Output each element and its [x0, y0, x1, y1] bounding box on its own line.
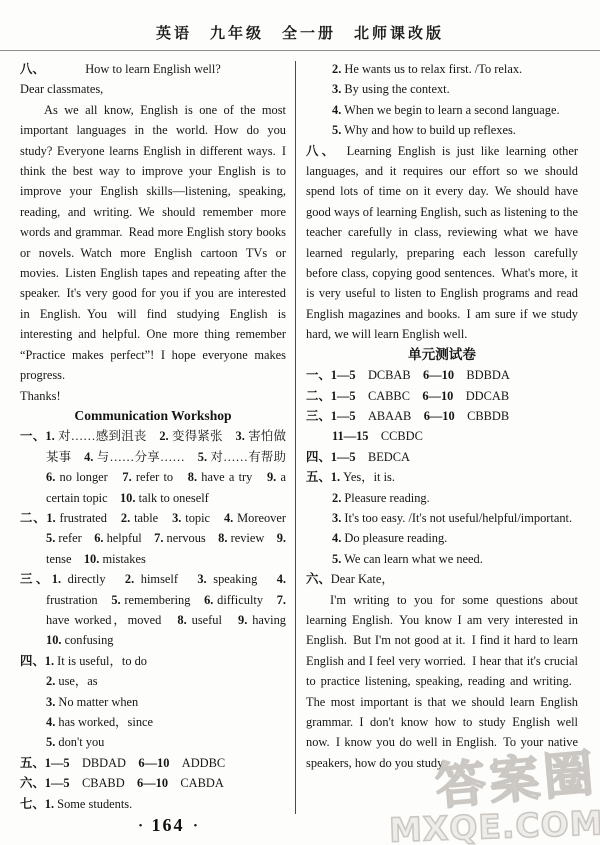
text-segment: Dear classmates, — [20, 82, 103, 96]
page-number-bullet-right: • — [194, 820, 198, 832]
text-segment: 10. — [46, 633, 62, 647]
text-segment: have worked，moved — [46, 613, 177, 627]
text-segment: 6—10 — [138, 756, 169, 770]
text-segment: 二、1—5 — [306, 389, 356, 403]
text-segment: 4. — [46, 715, 55, 729]
text-segment: use，as — [55, 674, 97, 688]
text-segment: By using the context. — [341, 82, 449, 96]
text-segment: 2. — [332, 491, 341, 505]
text-segment: Yes，it is. — [340, 470, 395, 484]
text-block-sub: 3. No matter when — [20, 692, 286, 712]
text-segment: 11—15 — [332, 429, 369, 443]
text-block-center: 单元测试卷 — [306, 345, 578, 365]
text-segment: tense — [46, 552, 84, 566]
text-segment: Thanks! — [20, 389, 61, 403]
text-segment: 2. — [46, 674, 55, 688]
text-block-sub: 5. don't you — [20, 732, 286, 752]
text-segment: 10. — [120, 491, 136, 505]
text-segment: CBABD — [70, 776, 137, 790]
text-segment: ABAAB — [356, 409, 424, 423]
text-segment: table — [130, 511, 172, 525]
text-segment: 4. — [332, 531, 341, 545]
text-segment: BEDCA — [356, 450, 410, 464]
text-segment: review — [227, 531, 276, 545]
text-segment: As we all know, English is one of the mo… — [20, 103, 286, 382]
text-segment: 6. — [204, 593, 213, 607]
text-segment: 六、 — [306, 572, 331, 586]
text-block-hang: 三、1—5 ABAAB 6—10 CBBDB — [306, 406, 578, 426]
text-segment: CCBDC — [369, 429, 423, 443]
text-segment: 六、1—5 — [20, 776, 70, 790]
text-segment: 3. — [197, 572, 206, 586]
text-segment: 2. — [125, 572, 134, 586]
text-segment: 7. — [122, 470, 131, 484]
text-segment: CABDA — [168, 776, 224, 790]
text-segment: 5. — [332, 123, 341, 137]
section-marker: 八、 — [20, 59, 45, 79]
text-block-sub: 11—15 CCBDC — [306, 426, 578, 446]
text-segment: 对……有帮助 — [207, 450, 298, 464]
text-segment: has worked，since — [55, 715, 153, 729]
page-header: 英语 九年级 全一册 北师课改版 — [0, 0, 600, 51]
text-block-hang: 一、1. 对……感到沮丧 2. 变得紧张 3. 害怕做某事 4. 与……分享……… — [20, 426, 286, 508]
text-block-sub: 2. use，as — [20, 671, 286, 691]
text-segment: 3. — [236, 429, 245, 443]
text-segment: 6. — [94, 531, 103, 545]
column-divider — [295, 61, 296, 814]
text-segment: confusing — [62, 633, 114, 647]
text-segment: 七、1. — [20, 797, 54, 811]
text-segment: refer — [55, 531, 94, 545]
text-segment: talk to oneself — [135, 491, 208, 505]
text-segment: 2. — [159, 429, 168, 443]
text-segment: 三、1. — [20, 572, 61, 586]
text-segment: 单元测试卷 — [408, 347, 476, 362]
text-segment: speaking — [207, 572, 277, 586]
text-segment: 7. — [277, 593, 286, 607]
text-segment: 3. — [332, 511, 341, 525]
text-segment: 10. — [84, 552, 100, 566]
text-segment: 6—10 — [423, 368, 454, 382]
text-block-hang: 五、1. Yes，it is. — [306, 467, 578, 487]
text-segment: CABBC — [356, 389, 423, 403]
text-segment: 5. — [46, 735, 55, 749]
text-block-sub: 2. He wants us to relax first. /To relax… — [306, 59, 578, 79]
text-block-hang: 六、Dear Kate， — [306, 569, 578, 589]
text-segment: When we begin to learn a second language… — [341, 103, 559, 117]
text-segment: 一、1—5 — [306, 368, 356, 382]
text-segment: 8. — [177, 613, 186, 627]
text-segment: himself — [134, 572, 197, 586]
text-segment: 9. — [277, 531, 286, 545]
text-block-para: As we all know, English is one of the mo… — [20, 100, 286, 386]
text-segment: frustrated — [56, 511, 121, 525]
text-block-hang: 六、1—5 CBABD 6—10 CABDA — [20, 773, 286, 793]
text-segment: 五、1. — [306, 470, 340, 484]
text-segment: 5. — [332, 552, 341, 566]
text-segment: CBBDB — [455, 409, 509, 423]
text-segment: 4. — [332, 103, 341, 117]
text-segment: I'm writing to you for some questions ab… — [306, 593, 578, 770]
text-segment: Communication Workshop — [74, 408, 231, 423]
text-segment: 变得紧张 — [169, 429, 236, 443]
text-segment: 6. — [46, 470, 55, 484]
text-segment: don't you — [55, 735, 104, 749]
text-segment: no longer — [55, 470, 122, 484]
page-number: 164 — [152, 815, 185, 836]
text-segment: ADDBC — [169, 756, 225, 770]
text-block-sub: 4. has worked，since — [20, 712, 286, 732]
text-segment: 8. — [188, 470, 197, 484]
text-segment: frustration — [46, 593, 111, 607]
text-block-hang: 四、1—5 BEDCA — [306, 447, 578, 467]
text-block-line: Thanks! — [20, 386, 286, 406]
scanned-answer-page: 英语 九年级 全一册 北师课改版 八、How to learn English … — [0, 0, 600, 845]
text-segment: 四、1—5 — [306, 450, 356, 464]
text-block-center: Communication Workshop — [20, 406, 286, 426]
text-block-para: I'm writing to you for some questions ab… — [306, 590, 578, 774]
text-segment: 6—10 — [137, 776, 168, 790]
text-segment: nervous — [163, 531, 218, 545]
text-segment: Some students. — [54, 797, 132, 811]
text-segment: Pleasure reading. — [341, 491, 429, 505]
text-segment: DBDAD — [70, 756, 139, 770]
text-segment: 一、1. — [20, 429, 55, 443]
text-segment: 八、 — [306, 144, 331, 158]
text-segment: have a try — [197, 470, 267, 484]
text-segment: 四、1. — [20, 654, 54, 668]
text-segment: How to learn English well? — [85, 62, 221, 76]
text-segment: useful — [187, 613, 238, 627]
text-segment: DCBAB — [356, 368, 423, 382]
text-block-hang: 二、1—5 CABBC 6—10 DDCAB — [306, 386, 578, 406]
text-block-sub: 4. When we begin to learn a second langu… — [306, 100, 578, 120]
text-segment: 9. — [238, 613, 247, 627]
right-column: 2. He wants us to relax first. /To relax… — [306, 59, 578, 814]
text-block-sub: 4. Do pleasure reading. — [306, 528, 578, 548]
text-segment: 2. — [332, 62, 341, 76]
text-segment: Dear Kate， — [331, 572, 394, 586]
text-segment: difficulty — [213, 593, 276, 607]
text-segment: helpful — [104, 531, 155, 545]
text-segment: 3. — [332, 82, 341, 96]
text-segment: 6—10 — [424, 409, 455, 423]
text-block-line: Dear classmates, — [20, 79, 286, 99]
text-segment: remembering — [121, 593, 204, 607]
text-block-title: 八、How to learn English well? — [20, 59, 286, 79]
text-segment: 3. — [172, 511, 181, 525]
text-segment: BDBDA — [454, 368, 510, 382]
page-footer: • 164 • — [0, 815, 336, 836]
text-segment: Why and how to build up reflexes. — [341, 123, 516, 137]
text-segment: 4. — [84, 450, 93, 464]
text-segment: 4. — [224, 511, 233, 525]
text-block-sub: 3. It's too easy. /It's not useful/helpf… — [306, 508, 578, 528]
text-block-hang: 二、1. frustrated 2. table 3. topic 4. Mor… — [20, 508, 286, 569]
text-block-sub: 3. By using the context. — [306, 79, 578, 99]
text-block-hang: 五、1—5 DBDAD 6—10 ADDBC — [20, 753, 286, 773]
text-segment: refer to — [132, 470, 188, 484]
text-segment: 对……感到沮丧 — [55, 429, 160, 443]
text-block-sub: 5. Why and how to build up reflexes. — [306, 120, 578, 140]
text-segment: Learning English is just like learning o… — [306, 144, 578, 342]
text-segment: It's too easy. /It's not useful/helpful/… — [341, 511, 572, 525]
text-block-hang: 四、1. It is useful，to do — [20, 651, 286, 671]
text-block-mpara: 八、 Learning English is just like learnin… — [306, 141, 578, 345]
text-block-sub: 5. We can learn what we need. — [306, 549, 578, 569]
text-segment: 与……分享…… — [93, 450, 197, 464]
text-segment: 5. — [198, 450, 207, 464]
text-segment: 4. — [277, 572, 286, 586]
left-column: 八、How to learn English well?Dear classma… — [20, 59, 286, 814]
text-segment: He wants us to relax first. /To relax. — [341, 62, 522, 76]
text-segment: 3. — [46, 695, 55, 709]
text-segment: 2. — [121, 511, 130, 525]
text-segment: DDCAB — [453, 389, 509, 403]
text-block-hang: 七、1. Some students. — [20, 794, 286, 814]
text-segment: 三、1—5 — [306, 409, 356, 423]
text-segment: 6—10 — [422, 389, 453, 403]
text-segment: having — [247, 613, 298, 627]
text-segment: 五、1—5 — [20, 756, 70, 770]
text-segment: 二、1. — [20, 511, 56, 525]
page-number-bullet-left: • — [139, 820, 143, 832]
text-segment: topic — [181, 511, 224, 525]
text-segment: No matter when — [55, 695, 138, 709]
text-segment: 5. — [46, 531, 55, 545]
text-segment: directly — [61, 572, 125, 586]
text-block-hang: 三、1. directly 2. himself 3. speaking 4. … — [20, 569, 286, 651]
text-segment: mistakes — [99, 552, 145, 566]
text-segment: 9. — [267, 470, 276, 484]
content-columns: 八、How to learn English well?Dear classma… — [0, 51, 600, 814]
text-block-sub: 2. Pleasure reading. — [306, 488, 578, 508]
book-title: 英语 九年级 全一册 北师课改版 — [0, 22, 600, 43]
text-segment: Do pleasure reading. — [341, 531, 447, 545]
text-block-hang: 一、1—5 DCBAB 6—10 BDBDA — [306, 365, 578, 385]
page-number-group: • 164 • — [139, 815, 198, 836]
text-segment: 5. — [111, 593, 120, 607]
text-segment: It is useful，to do — [54, 654, 147, 668]
text-segment: We can learn what we need. — [341, 552, 483, 566]
text-segment: Moreover — [233, 511, 298, 525]
